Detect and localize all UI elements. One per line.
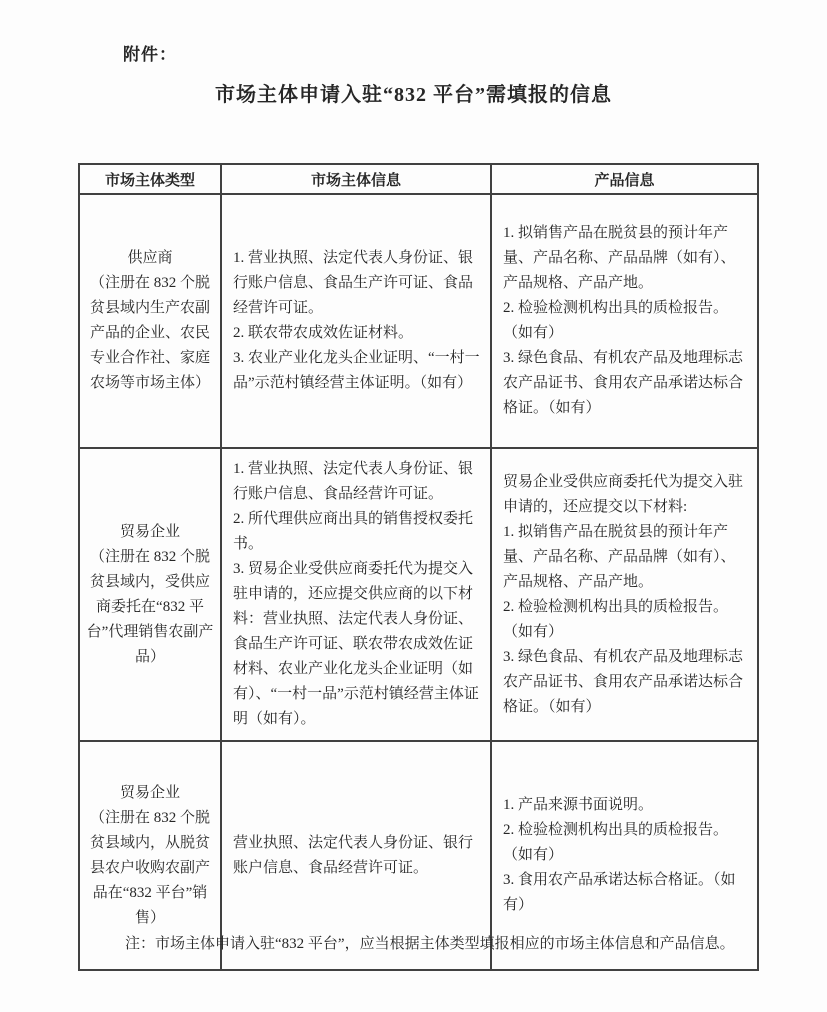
cell-product-info: 贸易企业受供应商委托代为提交入驻申请的，还应提交以下材料: 1. 拟销售产品在脱… [491, 448, 758, 741]
entity-type-name: 贸易企业 [85, 520, 215, 545]
product-info-item: 2. 检验检测机构出具的质检报告。（如有） [503, 296, 748, 346]
column-header-entity-type: 市场主体类型 [79, 164, 221, 194]
footnote-label: 注： [125, 936, 155, 952]
cell-product-info: 1. 拟销售产品在脱贫县的预计年产量、产品名称、产品品牌（如有）、产品规格、产品… [491, 194, 758, 448]
page-title: 市场主体申请入驻“832 平台”需填报的信息 [0, 78, 827, 107]
product-info-item: 2. 检验检测机构出具的质检报告。（如有） [503, 595, 748, 645]
entity-info-item: 2. 所代理供应商出具的销售授权委托书。 [233, 507, 481, 557]
entity-info-item: 2. 联农带农成效佐证材料。 [233, 321, 481, 346]
table-header-row: 市场主体类型 市场主体信息 产品信息 [79, 164, 758, 194]
attachment-label: 附件： [123, 40, 177, 65]
entity-info-item: 1. 营业执照、法定代表人身份证、银行账户信息、食品经营许可证。 [233, 457, 481, 507]
column-header-product-info: 产品信息 [491, 164, 758, 194]
cell-entity-type: 贸易企业 （注册在 832 个脱贫县域内，受供应商委托在“832 平台”代理销售… [79, 448, 221, 741]
cell-entity-type: 供应商 （注册在 832 个脱贫县域内生产农副产品的企业、农民专业合作社、家庭农… [79, 194, 221, 448]
footnote-text: 市场主体申请入驻“832 平台”，应当根据主体类型填报相应的市场主体信息和产品信… [155, 936, 735, 952]
entity-info-item: 1. 营业执照、法定代表人身份证、银行账户信息、食品生产许可证、食品经营许可证。 [233, 246, 481, 321]
entity-info-item: 3. 贸易企业受供应商委托代为提交入驻申请的，还应提交供应商的以下材料：营业执照… [233, 557, 481, 732]
entity-type-note: （注册在 832 个脱贫县域内，从脱贫县农户收购农副产品在“832 平台”销售） [85, 806, 215, 931]
table-row: 供应商 （注册在 832 个脱贫县域内生产农副产品的企业、农民专业合作社、家庭农… [79, 194, 758, 448]
table-row: 贸易企业 （注册在 832 个脱贫县域内，受供应商委托在“832 平台”代理销售… [79, 448, 758, 741]
entity-type-name: 供应商 [85, 246, 215, 271]
product-info-item: 1. 拟销售产品在脱贫县的预计年产量、产品名称、产品品牌（如有）、产品规格、产品… [503, 221, 748, 296]
document-page: 附件： 市场主体申请入驻“832 平台”需填报的信息 市场主体类型 市场主体信息… [0, 0, 827, 1012]
product-info-item: 3. 绿色食品、有机农产品及地理标志农产品证书、食用农产品承诺达标合格证。（如有… [503, 645, 748, 720]
cell-entity-info: 1. 营业执照、法定代表人身份证、银行账户信息、食品生产许可证、食品经营许可证。… [221, 194, 491, 448]
product-info-item: 2. 检验检测机构出具的质检报告。（如有） [503, 818, 748, 868]
product-info-item: 3. 食用农产品承诺达标合格证。（如有） [503, 868, 748, 918]
entity-type-note: （注册在 832 个脱贫县域内生产农副产品的企业、农民专业合作社、家庭农场等市场… [85, 271, 215, 396]
product-info-item: 3. 绿色食品、有机农产品及地理标志农产品证书、食用农产品承诺达标合格证。（如有… [503, 346, 748, 421]
entity-type-name: 贸易企业 [85, 781, 215, 806]
product-info-intro: 贸易企业受供应商委托代为提交入驻申请的，还应提交以下材料: [503, 470, 748, 520]
info-table: 市场主体类型 市场主体信息 产品信息 供应商 （注册在 832 个脱贫县域内生产… [78, 163, 759, 971]
cell-entity-info: 1. 营业执照、法定代表人身份证、银行账户信息、食品经营许可证。 2. 所代理供… [221, 448, 491, 741]
product-info-item: 1. 拟销售产品在脱贫县的预计年产量、产品名称、产品品牌（如有）、产品规格、产品… [503, 520, 748, 595]
footnote: 注：市场主体申请入驻“832 平台”，应当根据主体类型填报相应的市场主体信息和产… [125, 930, 749, 959]
entity-info-item: 3. 农业产业化龙头企业证明、“一村一品”示范村镇经营主体证明。（如有） [233, 346, 481, 396]
entity-type-note: （注册在 832 个脱贫县域内，受供应商委托在“832 平台”代理销售农副产品） [85, 545, 215, 670]
entity-info-item: 营业执照、法定代表人身份证、银行账户信息、食品经营许可证。 [233, 831, 481, 881]
product-info-item: 1. 产品来源书面说明。 [503, 793, 748, 818]
column-header-entity-info: 市场主体信息 [221, 164, 491, 194]
